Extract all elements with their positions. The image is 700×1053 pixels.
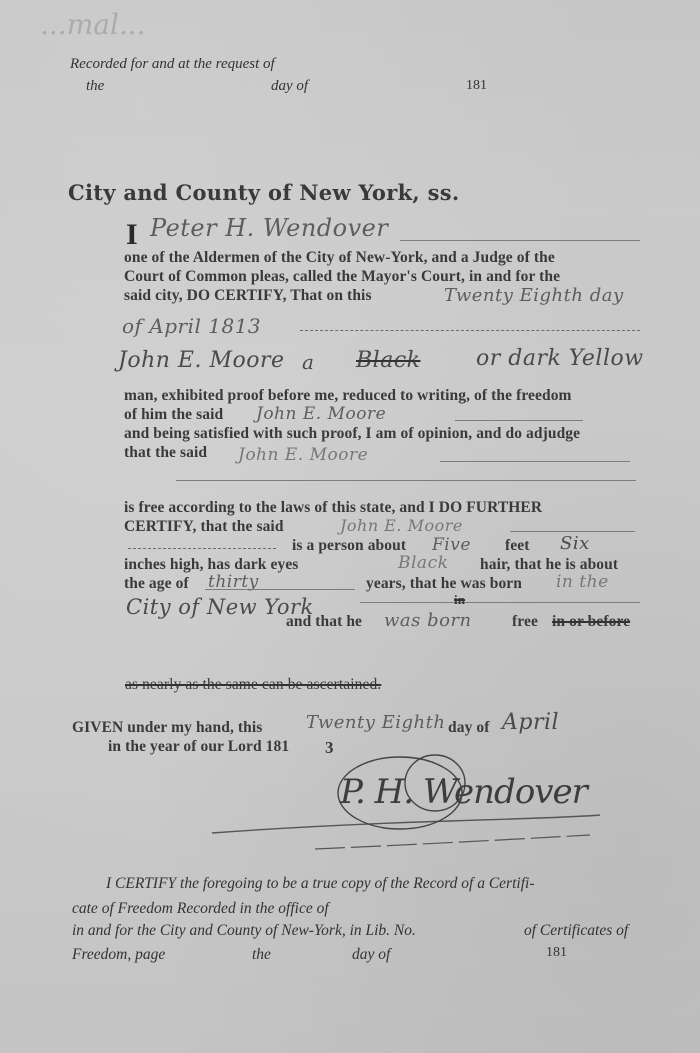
footer-line-4-d: 181 xyxy=(546,945,567,961)
certifier-name-handwritten: Peter H. Wendover xyxy=(150,214,388,242)
body-line-7-printed: of him the said xyxy=(124,406,223,424)
article-a: a xyxy=(302,350,314,374)
body-line-14-b: years, that he was born xyxy=(366,575,522,593)
struck-color-word: Black xyxy=(356,348,420,373)
footer-line-4-c: day of xyxy=(352,946,390,964)
struck-in: in xyxy=(454,592,465,608)
given-day-handwritten: Twenty Eighth xyxy=(306,712,445,733)
dashed-rule-2 xyxy=(128,548,276,549)
rule-line-7 xyxy=(455,420,583,421)
dashed-rule-1 xyxy=(300,330,640,331)
color-description-handwritten: or dark Yellow xyxy=(476,346,644,371)
rule-birthplace xyxy=(360,602,640,603)
given-line-printed-b: day of xyxy=(448,719,490,737)
body-line-11-printed: CERTIFY, that the said xyxy=(124,518,284,536)
certify-date-handwritten: Twenty Eighth day xyxy=(444,285,624,306)
header-day-of-label: day of xyxy=(271,78,308,95)
height-feet-handwritten: Five xyxy=(432,535,471,555)
footer-line-1: I CERTIFY the foregoing to be a true cop… xyxy=(106,875,534,893)
signature: P. H. Wendover xyxy=(340,772,587,812)
bleed-through-text: ...mal... xyxy=(40,8,146,41)
body-line-3-printed: said city, DO CERTIFY, That on this xyxy=(124,287,372,305)
footer-line-4-b: the xyxy=(252,946,271,964)
certify-month-year-handwritten: of April 1813 xyxy=(122,314,261,338)
rule-age xyxy=(205,589,355,590)
body-line-12-b: feet xyxy=(505,537,529,555)
footer-line-3-a: in and for the City and County of New-Yo… xyxy=(72,922,416,940)
body-line-14-a: the age of xyxy=(124,575,189,593)
header-year-prefix: 181 xyxy=(466,78,487,94)
body-line-16-b: free xyxy=(512,613,538,631)
body-line-10: is free according to the laws of this st… xyxy=(124,499,542,517)
struck-as-nearly-line: as nearly as the same can be ascertained… xyxy=(125,676,381,694)
jurisdiction-heading: City and County of New York, ss. xyxy=(68,180,460,205)
body-line-8: and being satisfied with such proof, I a… xyxy=(124,425,580,443)
subject-name-2-handwritten: John E. Moore xyxy=(256,404,386,424)
footer-line-2: cate of Freedom Recorded in the office o… xyxy=(72,900,329,918)
certifier-pronoun: I xyxy=(126,218,138,252)
subject-name-3-handwritten: John E. Moore xyxy=(238,445,368,465)
blank-rule-1 xyxy=(176,480,636,481)
body-line-2: Court of Common pleas, called the Mayor'… xyxy=(124,268,560,286)
footer-line-3-b: of Certificates of xyxy=(524,922,628,940)
given-month-handwritten: April xyxy=(502,710,559,735)
recorded-request-line: Recorded for and at the request of xyxy=(70,56,275,73)
body-line-9-printed: that the said xyxy=(124,444,207,462)
body-line-1: one of the Aldermen of the City of New-Y… xyxy=(124,249,555,267)
height-inches-handwritten: Six xyxy=(560,533,590,554)
header-the-label: the xyxy=(86,78,104,95)
body-line-6: man, exhibited proof before me, reduced … xyxy=(124,387,572,405)
subject-name-4-handwritten: John E. Moore xyxy=(340,516,463,535)
struck-in-or-before: in or before xyxy=(552,613,630,631)
body-line-12-a: is a person about xyxy=(292,537,406,555)
rule-line-9 xyxy=(440,461,630,462)
body-line-16-a: and that he xyxy=(286,613,362,631)
was-born-handwritten: was born xyxy=(384,610,472,631)
given-line-printed-a: GIVEN under my hand, this xyxy=(72,719,262,737)
certifier-name-rule xyxy=(400,240,640,241)
birthplace-1-handwritten: in the xyxy=(556,572,609,592)
footer-line-4-a: Freedom, page xyxy=(72,946,165,964)
rule-line-11 xyxy=(510,531,635,532)
subject-name-handwritten: John E. Moore xyxy=(118,348,285,373)
hair-color-handwritten: Black xyxy=(398,553,448,573)
